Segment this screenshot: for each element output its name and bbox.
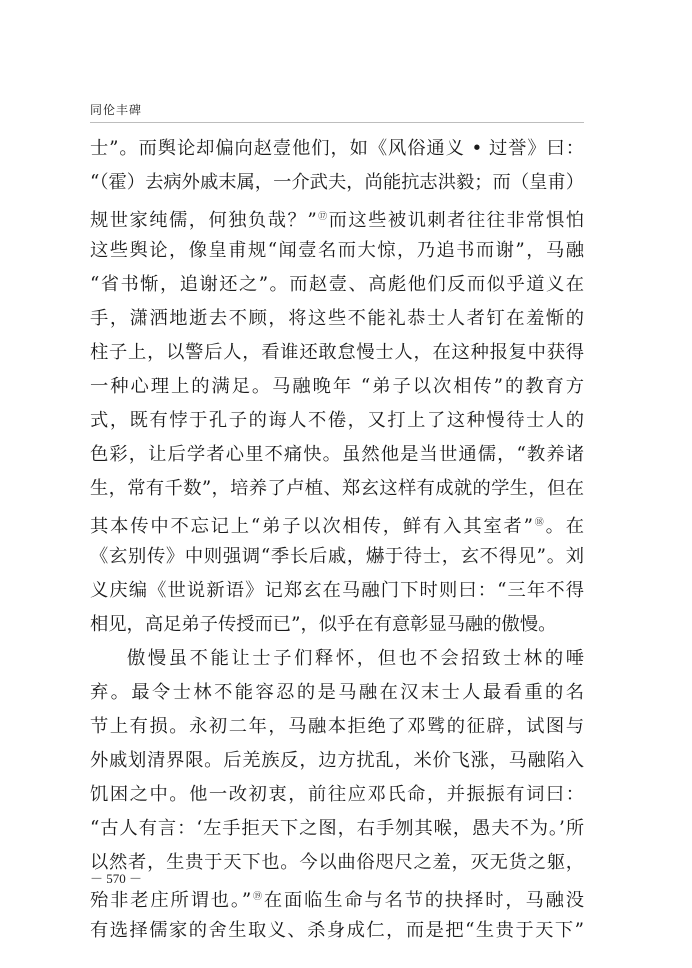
text-span: 而这些被讥刺者往往非常惧怕: [329, 210, 584, 231]
text-line: 柱子上，以警后人，看谁还敢怠慢士人，在这种报复中获得: [90, 336, 584, 370]
text-line: 规世家纯儒，何独负哉？”⑰而这些被讥刺者往往非常惧怕: [90, 200, 584, 234]
text-line: 义庆编《世说新语》记郑玄在马融门下时则曰：“三年不得: [90, 574, 584, 608]
text-line: 以然者，生贵于天下也。今以曲俗咫尺之羞，灭无货之躯，: [90, 846, 584, 880]
text-line: 生，常有千数”，培养了卢植、郑玄这样有成就的学生，但在: [90, 472, 584, 506]
footnote-marker[interactable]: ⑲: [251, 892, 264, 902]
running-head: 同伦丰碑: [90, 101, 142, 118]
text-line: 有选择儒家的舍生取义、杀身成仁，而是把“生贵于天下”: [90, 914, 584, 948]
text-line: 傲慢虽不能让士子们释怀，但也不会招致士林的唾: [90, 642, 584, 676]
text-line: 《玄别传》中则强调“季长后戚，爀于待士，玄不得见”。刘: [90, 540, 584, 574]
header-rule: [90, 122, 584, 123]
text-line: “古人有言：‘左手拒天下之图，右手刎其喉，愚夫不为。’所: [90, 812, 584, 846]
text-line: 其本传中不忘记上“弟子以次相传，鲜有入其室者”⑱。在: [90, 506, 584, 540]
text-line: 一种心理上的满足。马融晚年 “弟子以次相传”的教育方: [90, 370, 584, 404]
text-span: 规世家纯儒，何独负哉？”: [90, 210, 317, 231]
text-span: 。在: [546, 516, 584, 537]
text-line: 节上有损。永初二年，马融本拒绝了邓骘的征辟，试图与: [90, 710, 584, 744]
text-line: 这些舆论，像皇甫规“闻壹名而大惊，乃追书而谢”，马融: [90, 234, 584, 268]
text-line: 殆非老庄所谓也。”⑲在面临生命与名节的抉择时，马融没: [90, 880, 584, 914]
text-line: 外戚划清界限。后羌族反，边方扰乱，米价飞涨，马融陷入: [90, 744, 584, 778]
text-line: 式，既有悖于孔子的诲人不倦，又打上了这种慢待士人的: [90, 404, 584, 438]
body-text: 士”。而舆论却偏向赵壹他们，如《风俗通义 • 过誉》曰： “（霍）去病外戚末属，…: [90, 132, 584, 948]
text-span: 在面临生命与名节的抉择时，马融没: [264, 890, 584, 911]
text-line: 士”。而舆论却偏向赵壹他们，如《风俗通义 • 过誉》曰：: [90, 132, 584, 166]
text-span: 殆非老庄所谓也。”: [90, 890, 251, 911]
text-line: 色彩，让后学者心里不痛快。虽然他是当世通儒，“教养诸: [90, 438, 584, 472]
text-line: “省书惭，追谢还之”。而赵壹、高彪他们反而似乎道义在: [90, 268, 584, 302]
page-number: － 570 －: [90, 868, 142, 887]
text-line: 饥困之中。他一改初衷，前往应邓氏命，并振振有词曰：: [90, 778, 584, 812]
text-span: 其本传中不忘记上“弟子以次相传，鲜有入其室者”: [90, 516, 533, 537]
footnote-marker[interactable]: ⑰: [317, 212, 329, 222]
text-line: “（霍）去病外戚末属，一介武夫，尚能抗志洪毅；而（皇甫）: [90, 166, 584, 200]
footnote-marker[interactable]: ⑱: [533, 518, 546, 528]
text-line: 弃。最令士林不能容忍的是马融在汉末士人最看重的名: [90, 676, 584, 710]
text-line: 手，潇洒地逝去不顾，将这些不能礼恭士人者钉在羞惭的: [90, 302, 584, 336]
text-line: 相见，高足弟子传授而已”，似乎在有意彰显马融的傲慢。: [90, 608, 584, 642]
